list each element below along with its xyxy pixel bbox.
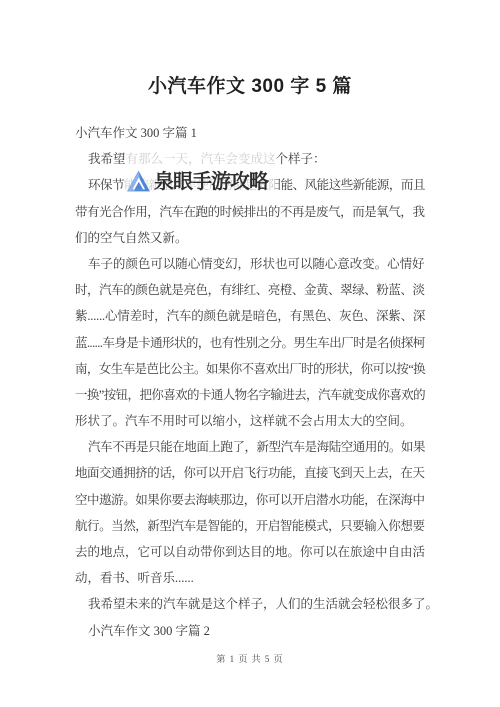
text-line: 地面交通拥挤的话，你可以开启飞行功能，直接飞到天上去，在天 [75, 460, 425, 486]
text-line: 形状了。汽车不用时可以缩小，这样就不会占用太大的空间。 [75, 408, 425, 434]
text-line: 汽车不再是只能在地面上跑了，新型汽车是海陆空通用的。如果 [75, 434, 425, 460]
watermark: 泉眼手游攻略 [125, 147, 275, 196]
text-line: 南，女生车是芭比公主。如果你不喜欢出厂时的形状，你可以按“换 [75, 356, 425, 382]
text-line: 航行。当然，新型汽车是智能的，开启智能模式，只要输入你想要 [75, 513, 425, 539]
text-line: 动，看书、听音乐...... [75, 565, 425, 591]
watermark-brand-text: 泉眼手游攻略 [154, 171, 268, 194]
text-line: 小汽车作文 300 字篇 1 [75, 120, 425, 146]
text-line: 蓝......车身是卡通形状的，也有性别之分。男生车出厂时是名侦探柯 [75, 330, 425, 356]
text-line: 紫......心情差时，汽车的颜色就是暗色，有黑色、灰色、深紫、深 [75, 303, 425, 329]
brand-triangle-logo-icon [126, 169, 151, 194]
text-line: 时，汽车的颜色就是亮色，有绯红、亮橙、金黄、翠绿、粉蓝、淡 [75, 277, 425, 303]
document-title: 小汽车作文 300 字 5 篇 [0, 75, 500, 99]
text-line: 去的地点，它可以自动带你到达目的地。你可以在旅途中自由活 [75, 539, 425, 565]
page-number-footer: 第 1 页 共 5 页 [0, 653, 500, 665]
text-line: 们的空气自然又新。 [75, 225, 425, 251]
document-body: 小汽车作文 300 字篇 1我希望有那么一天，汽车会变成这个样子：环保节能的新型… [75, 120, 425, 644]
text-line: 一换”按钮，把你喜欢的卡通人物名字输进去，汽车就变成你喜欢的 [75, 382, 425, 408]
text-line: 小汽车作文 300 字篇 2 [75, 618, 425, 644]
text-line: 我希望未来的汽车就是这个样子，人们的生活就会轻松很多了。 [75, 591, 425, 617]
text-line: 空中遨游。如果你要去海峡那边，你可以开启潜水功能，在深海中 [75, 487, 425, 513]
text-line: 车子的颜色可以随心情变幻，形状也可以随心意改变。心情好 [75, 251, 425, 277]
text-line: 带有光合作用，汽车在跑的时候排出的不再是废气，而是氧气，我 [75, 199, 425, 225]
document-page: 小汽车作文 300 字 5 篇 小汽车作文 300 字篇 1我希望有那么一天，汽… [0, 0, 500, 707]
